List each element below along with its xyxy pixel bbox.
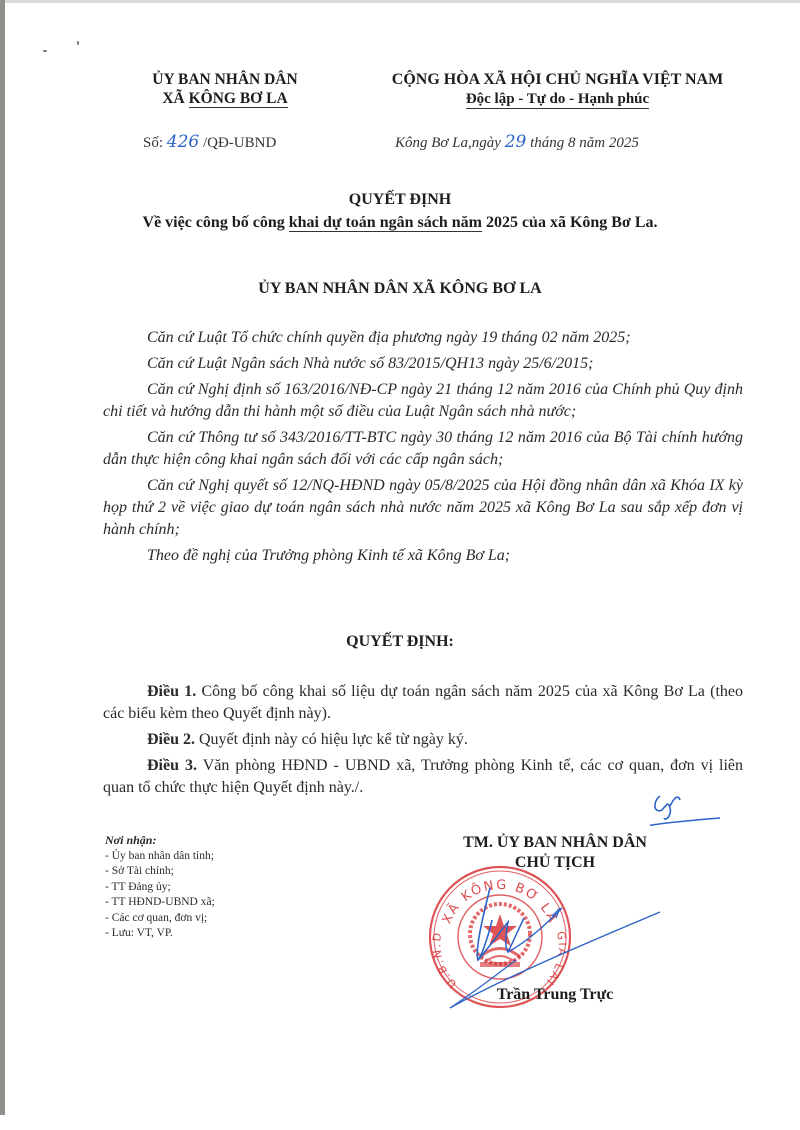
decision-heading: QUYẾT ĐỊNH: xyxy=(0,633,800,651)
article-text: Văn phòng HĐND - UBND xã, Trưởng phòng K… xyxy=(103,757,743,796)
signer-name: Trần Trung Trực xyxy=(430,986,680,1004)
doc-number-handwritten: 426 xyxy=(167,132,199,152)
article-label: Điều 2. xyxy=(147,731,195,748)
recipient-item: - TT HĐND-UBND xã; xyxy=(105,895,325,911)
article-text: Công bố công khai số liệu dự toán ngân s… xyxy=(103,683,743,722)
article-1: Điều 1. Công bố công khai số liệu dự toá… xyxy=(103,681,743,725)
issuer-line-2: XÃ KÔNG BƠ LA xyxy=(120,89,330,108)
subject-part-1: Về việc công bố công xyxy=(143,214,289,231)
subject-underlined: khai dự toán ngân sách năm xyxy=(289,214,482,232)
decision-articles: Điều 1. Công bố công khai số liệu dự toá… xyxy=(103,681,743,803)
national-motto: Độc lập - Tự do - Hạnh phúc xyxy=(466,91,649,109)
scan-speck xyxy=(43,50,47,52)
scan-top-edge xyxy=(0,0,800,3)
issuer-prefix: XÃ xyxy=(162,90,188,107)
recipient-item: - Ủy ban nhân dân tỉnh; xyxy=(105,849,325,865)
on-behalf-of: TM. ỦY BAN NHÂN DÂN xyxy=(430,833,680,853)
national-title: CỘNG HÒA XÃ HỘI CHỦ NGHĨA VIỆT NAM xyxy=(355,70,760,89)
article-label: Điều 3. xyxy=(147,757,197,774)
legal-basis: Căn cứ Thông tư số 343/2016/TT-BTC ngày … xyxy=(103,427,743,471)
document-number: Số: 426 /QĐ-UBND xyxy=(143,132,276,152)
issuing-authority: ỦY BAN NHÂN DÂN XÃ KÔNG BƠ LA xyxy=(0,280,800,298)
legal-basis: Căn cứ Luật Ngân sách Nhà nước số 83/201… xyxy=(103,353,743,375)
scan-left-edge xyxy=(0,0,5,1115)
recipient-item: - Lưu: VT, VP. xyxy=(105,926,325,942)
article-text: Quyết định này có hiệu lực kể từ ngày ký… xyxy=(195,731,468,748)
initials-mark-icon xyxy=(650,788,730,828)
article-label: Điều 1. xyxy=(147,683,196,700)
recipient-item: - Các cơ quan, đơn vị; xyxy=(105,911,325,927)
article-3: Điều 3. Văn phòng HĐND - UBND xã, Trưởng… xyxy=(103,755,743,799)
issuer-name: KÔNG BƠ LA xyxy=(189,90,288,108)
issuer-line-1: ỦY BAN NHÂN DÂN xyxy=(120,70,330,89)
legal-basis: Căn cứ Nghị quyết số 12/NQ-HĐND ngày 05/… xyxy=(103,475,743,541)
article-2: Điều 2. Quyết định này có hiệu lực kể từ… xyxy=(103,729,743,751)
document-type-title: QUYẾT ĐỊNH xyxy=(0,191,800,209)
date-prefix: Kông Bơ La,ngày xyxy=(395,135,505,151)
legal-bases: Căn cứ Luật Tổ chức chính quyền địa phươ… xyxy=(103,327,743,571)
date-day-handwritten: 29 xyxy=(505,132,527,152)
recipient-item: - Sở Tài chính; xyxy=(105,864,325,880)
document-subject: Về việc công bố công khai dự toán ngân s… xyxy=(0,214,800,232)
national-header: CỘNG HÒA XÃ HỘI CHỦ NGHĨA VIỆT NAM Độc l… xyxy=(355,70,760,109)
legal-basis: Căn cứ Nghị định số 163/2016/NĐ-CP ngày … xyxy=(103,379,743,423)
recipients-heading: Nơi nhận: xyxy=(105,833,325,849)
subject-part-2: 2025 của xã Kông Bơ La. xyxy=(482,214,658,231)
recipients-list: Nơi nhận: - Ủy ban nhân dân tỉnh; - Sở T… xyxy=(105,833,325,942)
legal-basis: Theo đề nghị của Trưởng phòng Kinh tế xã… xyxy=(103,545,743,567)
scan-speck xyxy=(77,41,79,45)
legal-basis: Căn cứ Luật Tổ chức chính quyền địa phươ… xyxy=(103,327,743,349)
recipient-item: - TT Đảng ủy; xyxy=(105,880,325,896)
place-date: Kông Bơ La,ngày 29 tháng 8 năm 2025 xyxy=(395,132,639,152)
issuer-block: ỦY BAN NHÂN DÂN XÃ KÔNG BƠ LA xyxy=(120,70,330,108)
date-suffix: tháng 8 năm 2025 xyxy=(526,135,639,151)
doc-number-label: Số: xyxy=(143,135,167,151)
doc-number-suffix: /QĐ-UBND xyxy=(199,135,276,151)
